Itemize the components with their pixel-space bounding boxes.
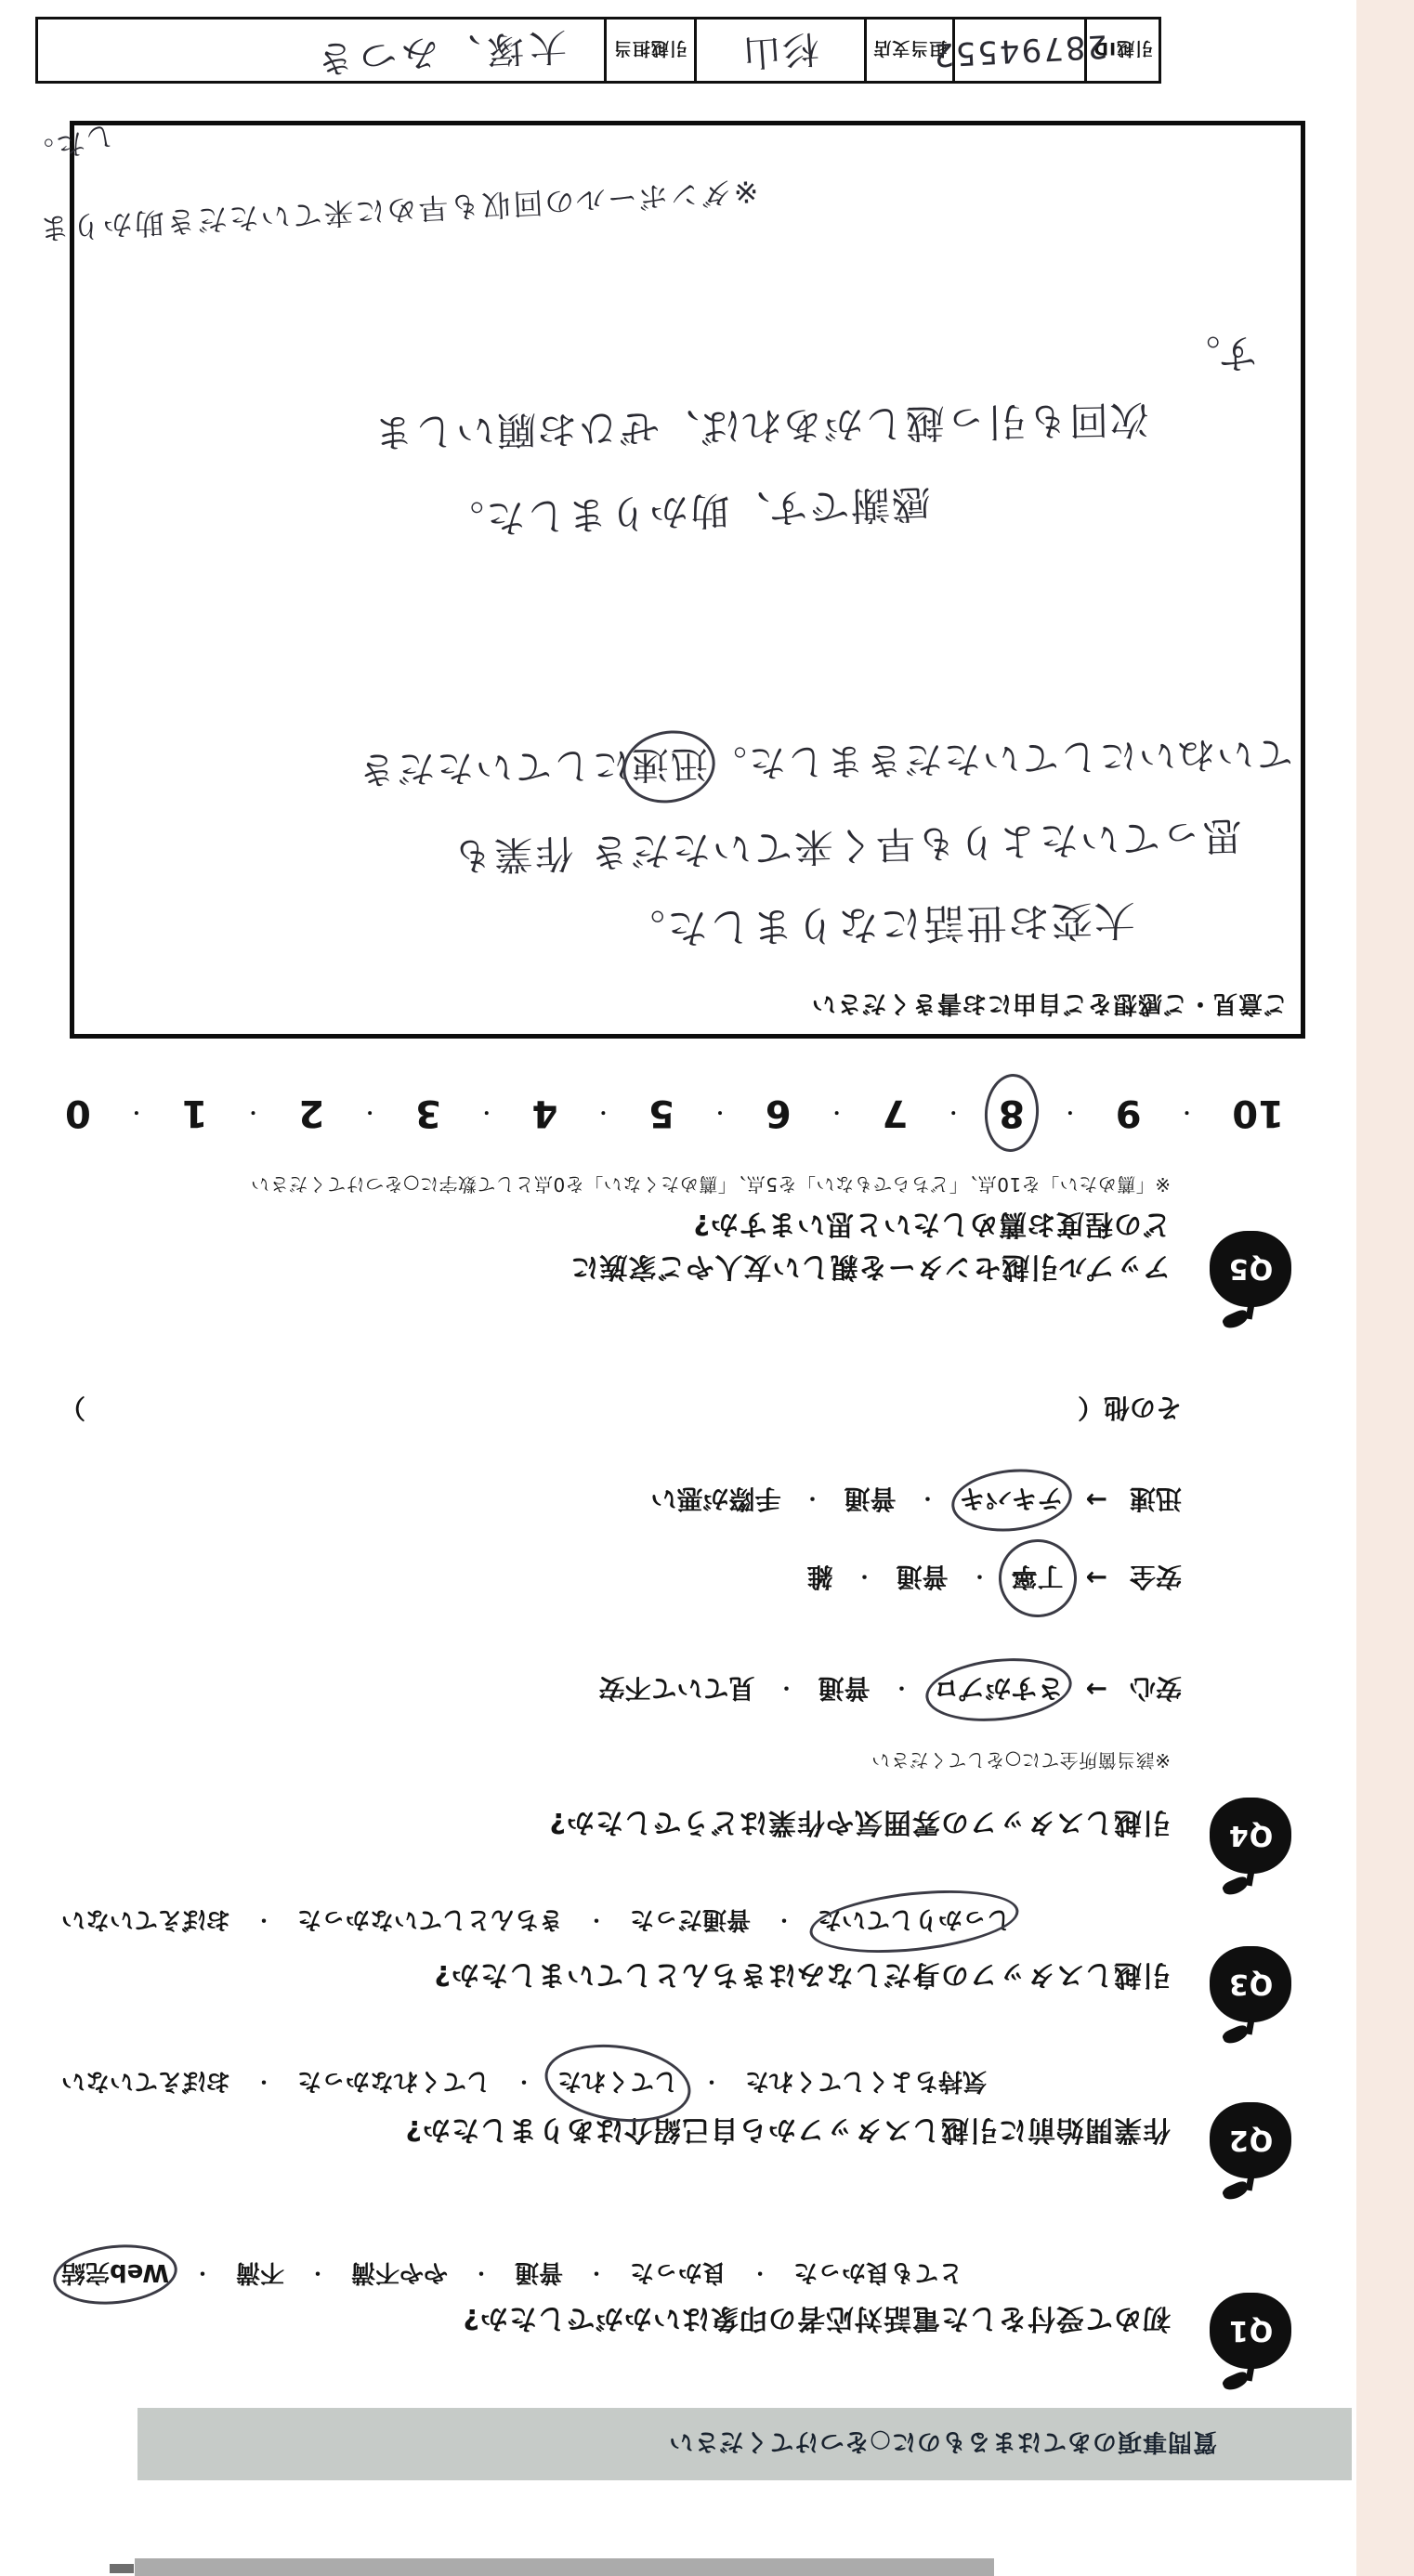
option-separator: ・ <box>587 1908 606 1935</box>
option-separator: ・ <box>971 1565 989 1592</box>
scale-separator: ・ <box>128 1101 145 1125</box>
handwritten-staff-name: 大塚、みつき <box>309 22 568 88</box>
option: やや不満 <box>351 2257 448 2292</box>
row-label: 安全 <box>1130 1560 1182 1597</box>
q3-options: しっかりしていた・ 普通だった・ きちんとしていなかった・ おぼえていない <box>61 1904 1011 1939</box>
scanner-edge-strip <box>1356 0 1414 2576</box>
scale-separator: ・ <box>1062 1101 1079 1125</box>
scale-separator: ・ <box>244 1101 261 1125</box>
scale-number: 4 <box>532 1092 558 1134</box>
q4-badge-apple-icon: Q4 <box>1210 1798 1291 1874</box>
q4-row-anzen: 安全 → 丁寧・ 普通・ 雑 <box>806 1560 1182 1597</box>
option: 普通 <box>896 1560 948 1597</box>
scanner-speck <box>110 2564 134 2573</box>
id-table-value-id: 28794552 <box>952 20 1084 81</box>
scale-number-circled: 8 <box>999 1092 1025 1134</box>
id-table: 引越ID 28794552 担当支店 杉山 引越担当 大塚、みつき <box>35 17 1161 84</box>
id-table-header-staff: 引越担当 <box>604 20 694 81</box>
option-separator: ・ <box>515 2070 533 2097</box>
option-separator: ・ <box>803 1487 821 1514</box>
q4-other-label: その他（ <box>1078 1391 1182 1428</box>
comment-box-label: ご意見・ご感想をご自由にお書きください <box>811 988 1288 1023</box>
scale-number: 10 <box>1232 1092 1284 1134</box>
row-label: 安心 <box>1130 1671 1182 1708</box>
handwritten-branch-name: 杉山 <box>740 25 821 84</box>
scale-number: 6 <box>766 1092 792 1134</box>
option: 見ていて不安 <box>598 1671 754 1708</box>
option: 普通だった <box>630 1904 751 1939</box>
arrow-right-icon: → <box>1086 1485 1107 1516</box>
scale-number: 0 <box>65 1092 91 1134</box>
option: 雑 <box>806 1560 832 1597</box>
q2-options: 気持ちよくしてくれた・ してくれた・ してくれなかった・ おぼえていない <box>61 2066 987 2100</box>
option: 良かった <box>630 2257 727 2292</box>
id-table-value-staff: 大塚、みつき <box>38 20 604 81</box>
option-separator: ・ <box>308 2261 327 2288</box>
option-separator: ・ <box>893 1677 911 1704</box>
q4-note: ※該当箇所全てに○をしてください <box>871 1748 1171 1775</box>
q5-question-line2: どの程度お薦めしたいと思いますか? <box>693 1207 1171 1248</box>
q1-badge-label: Q1 <box>1228 2315 1273 2347</box>
option: 普通 <box>844 1482 896 1519</box>
q3-badge-label: Q3 <box>1228 1968 1273 2001</box>
option: おぼえていない <box>61 2066 230 2100</box>
q3-question: 引越しスタッフの身だしなみはきちんとしていましたか? <box>434 1957 1171 1998</box>
id-table-value-branch: 杉山 <box>694 20 864 81</box>
q1-options: とても良かった・ 良かった・ 普通・ やや不満・ 不満・ Web完結 <box>61 2257 962 2292</box>
q5-badge-label: Q5 <box>1228 1253 1273 1286</box>
handwritten-word-circled: 迅速 <box>630 739 709 793</box>
option-separator: ・ <box>472 2261 491 2288</box>
handwritten-comment-line: 大変お世話になりました。 <box>622 894 1135 962</box>
option-separator: ・ <box>775 1908 793 1935</box>
option: 普通 <box>818 1671 870 1708</box>
option: おぼえていない <box>61 1904 230 1939</box>
option-circled: Web完結 <box>61 2257 169 2292</box>
option-separator: ・ <box>587 2261 606 2288</box>
option-circled: 丁寧 <box>1012 1560 1064 1597</box>
q4-badge-label: Q4 <box>1228 1820 1273 1852</box>
q2-question: 作業開始前に引越しスタッフから自己紹介はありましたか? <box>405 2112 1171 2153</box>
arrow-right-icon: → <box>1086 1675 1107 1706</box>
scale-number: 1 <box>182 1092 208 1134</box>
option-circled: してくれた <box>557 2066 678 2100</box>
q5-note: ※「薦めたい」を10点、「どちらでもない」を5点、「薦めたくない」を0点として数… <box>251 1172 1171 1199</box>
handwritten-id-number: 28794552 <box>932 27 1109 73</box>
option-separator: ・ <box>919 1487 937 1514</box>
q1-badge-apple-icon: Q1 <box>1210 2293 1291 2369</box>
scale-number: 2 <box>298 1092 324 1134</box>
handwritten-text: にしていただき <box>357 743 631 791</box>
instruction-bar-text: 質問事項のあてはまるものに○をつけてください <box>668 2427 1217 2462</box>
q5-recommend-scale: 10・ 9・ 8・ 7・ 6・ 5・ 4・ 3・ 2・ 1・ 0 <box>65 1092 1284 1134</box>
option-separator: ・ <box>255 2070 273 2097</box>
option: 普通 <box>515 2257 563 2292</box>
q5-question-line1: アップル引越センターを親しい友人やご家族に <box>570 1249 1172 1290</box>
arrow-right-icon: → <box>1086 1563 1107 1594</box>
q4-other-close-paren: ） <box>59 1391 85 1428</box>
option-circled: さすがプロ <box>934 1671 1064 1708</box>
q1-question: 初めて受付をした電話対応者の印象はいかがでしたか? <box>463 2301 1171 2342</box>
option-separator: ・ <box>702 2070 721 2097</box>
scale-separator: ・ <box>712 1101 728 1125</box>
scanner-shadow-strip <box>135 2558 994 2576</box>
handwritten-text: ていねいにしていただきました。 <box>708 731 1294 784</box>
option-separator: ・ <box>193 2261 212 2288</box>
instruction-bar: 質問事項のあてはまるものに○をつけてください <box>137 2408 1352 2480</box>
scale-separator: ・ <box>829 1101 845 1125</box>
q3-badge-apple-icon: Q3 <box>1210 1946 1291 2022</box>
handwritten-comment-line: す。 <box>1179 328 1258 384</box>
q4-row-anshin: 安心 → さすがプロ・ 普通・ 見ていて不安 <box>598 1671 1182 1708</box>
scale-separator: ・ <box>1178 1101 1195 1125</box>
scale-number: 5 <box>648 1092 674 1134</box>
scale-separator: ・ <box>478 1101 495 1125</box>
option: 気持ちよくしてくれた <box>745 2066 987 2100</box>
q5-badge-apple-icon: Q5 <box>1210 1231 1291 1307</box>
option: きちんとしていなかった <box>297 1904 563 1939</box>
q2-badge-label: Q2 <box>1228 2125 1273 2157</box>
scale-number: 3 <box>415 1092 441 1134</box>
scale-separator: ・ <box>361 1101 378 1125</box>
option: とても良かった <box>793 2257 962 2292</box>
option-circled: しっかりしていた <box>818 1904 1011 1939</box>
option: 不満 <box>236 2257 284 2292</box>
scale-separator: ・ <box>595 1101 611 1125</box>
option-separator: ・ <box>855 1565 873 1592</box>
q2-badge-apple-icon: Q2 <box>1210 2102 1291 2178</box>
option-separator: ・ <box>751 2261 769 2288</box>
q4-row-jinsoku: 迅速 → テキパキ・ 普通・ 手際が悪い <box>650 1482 1182 1519</box>
option: 手際が悪い <box>650 1482 780 1519</box>
option-separator: ・ <box>255 1908 273 1935</box>
scanned-survey-page: { "dot": "・", "header": { "bar_text": "質… <box>0 0 1414 2576</box>
q4-question: 引越しスタッフの雰囲気や作業はどうでしたか? <box>549 1805 1171 1846</box>
option-circled: テキパキ <box>960 1482 1064 1519</box>
scale-separator: ・ <box>945 1101 962 1125</box>
option: してくれなかった <box>297 2066 491 2100</box>
row-label: 迅速 <box>1130 1482 1182 1519</box>
survey-sheet-rotated-180: 質問事項のあてはまるものに○をつけてください Q1 初めて受付をした電話対応者の… <box>0 0 1414 2576</box>
scale-number: 7 <box>882 1092 908 1134</box>
scale-number: 9 <box>1116 1092 1142 1134</box>
option-separator: ・ <box>777 1677 795 1704</box>
